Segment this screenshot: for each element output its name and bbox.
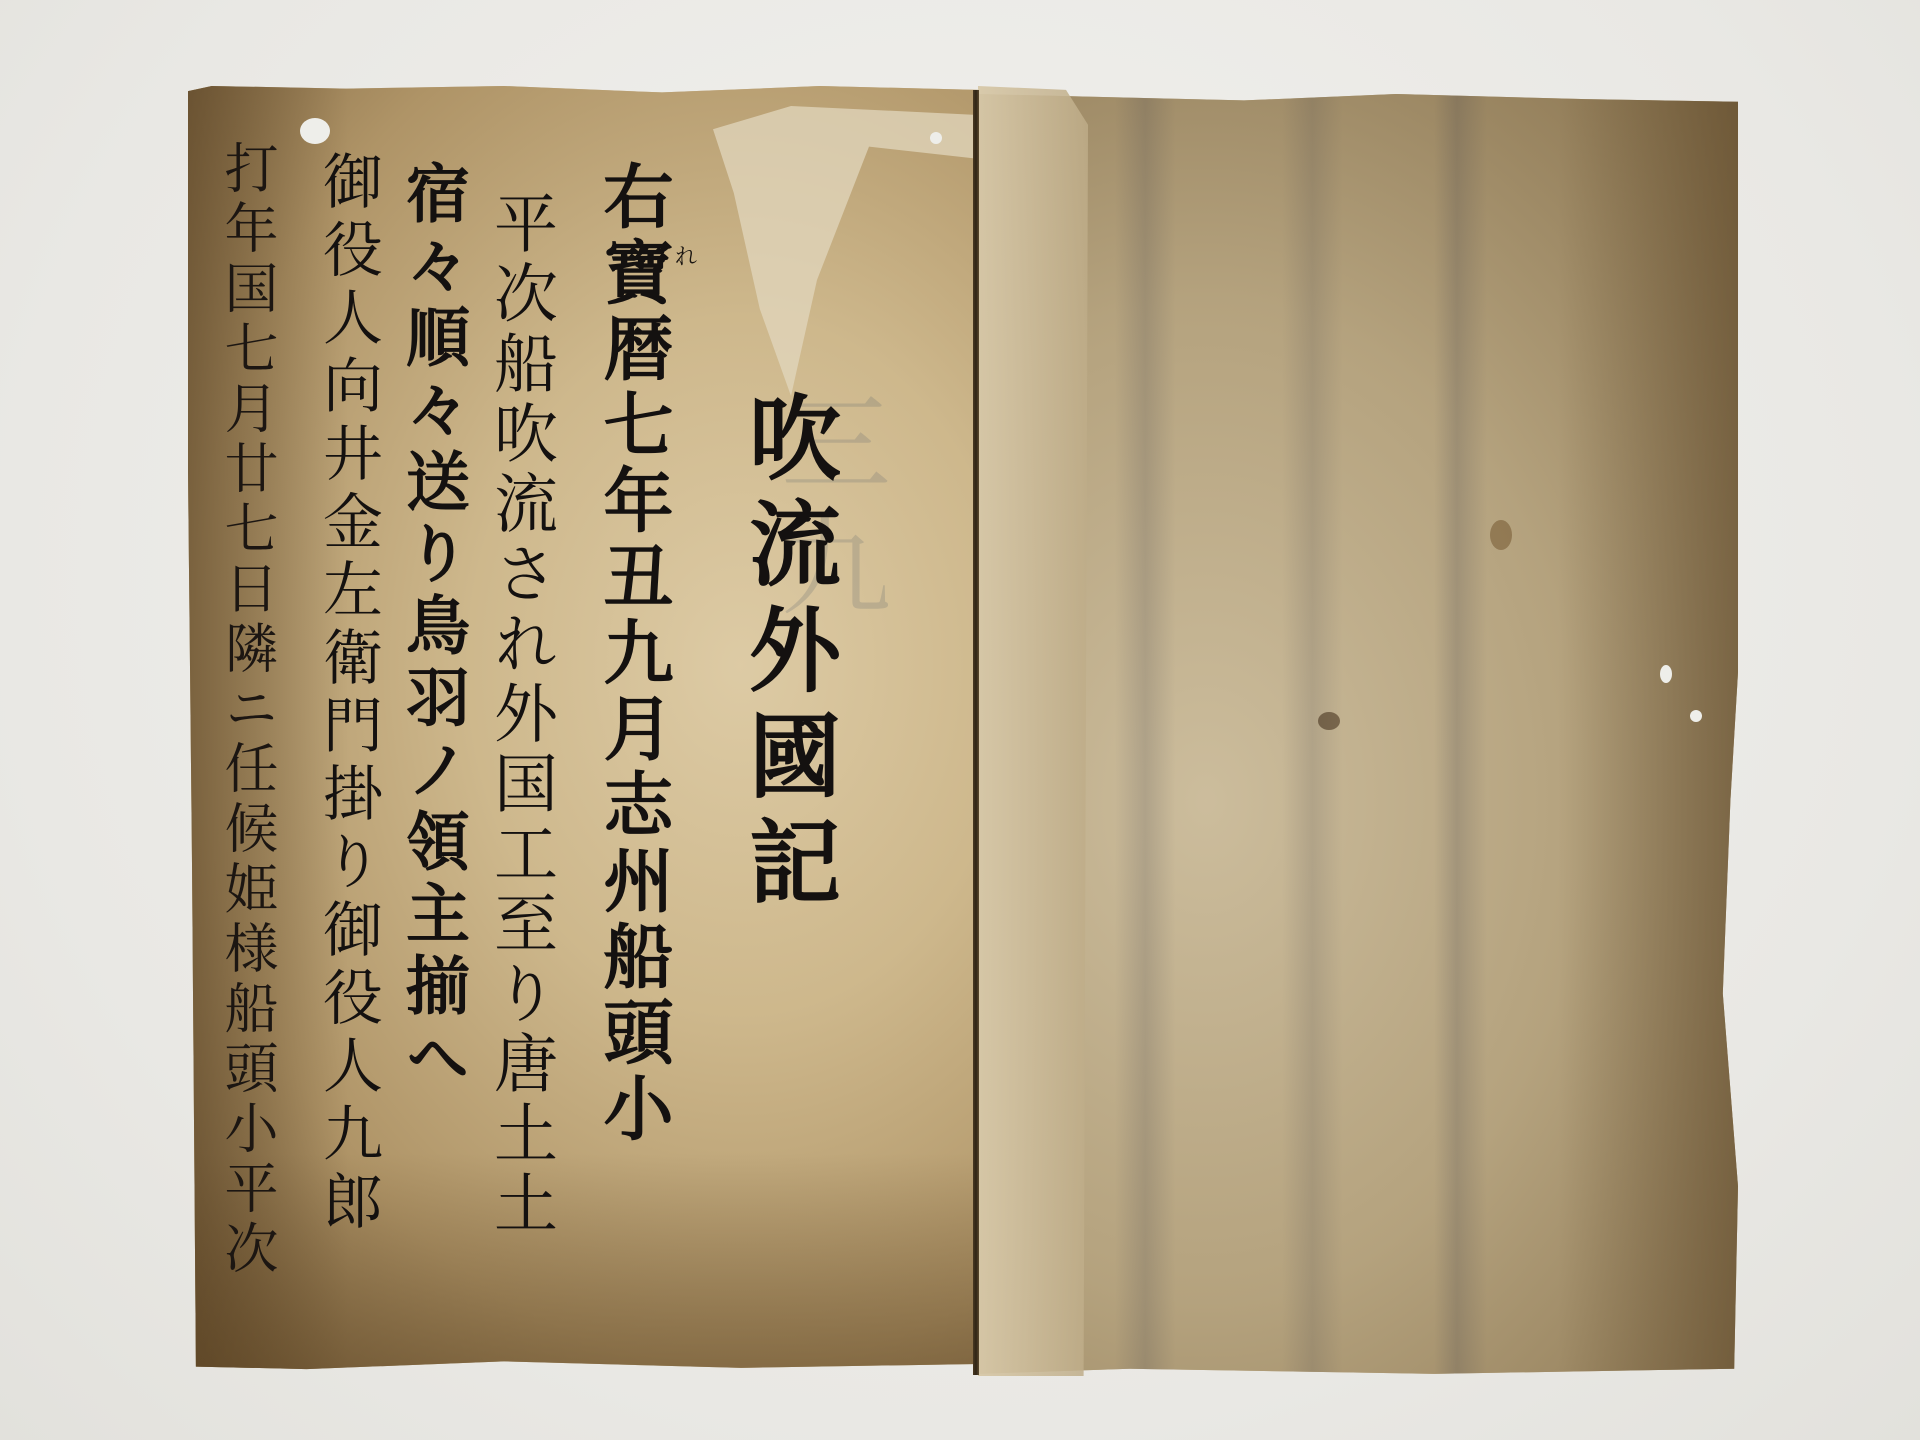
left-page: 三九 (188, 86, 978, 1373)
paper-damage-hole (930, 132, 942, 144)
folded-flap (978, 86, 1088, 1376)
text-column-2: 右寶暦七年丑九月志州船頭小 (598, 160, 668, 1148)
ruby-annotation: れ (675, 240, 697, 271)
paper-repair-patch (713, 106, 973, 396)
paper-damage-hole (1660, 665, 1672, 683)
text-column-4: 宿々順々送り鳥羽ノ領主揃へ (400, 160, 464, 1096)
book-spine (973, 90, 979, 1375)
water-stain (1490, 520, 1512, 550)
paper-damage-hole (1690, 710, 1702, 722)
document-title: 吹流外國記 (742, 390, 834, 920)
ink-stain (1318, 712, 1340, 730)
paper-damage-hole (300, 118, 330, 144)
text-column-3: 平次船吹流され外国工至り唐土土 (488, 190, 552, 1240)
right-page (978, 94, 1738, 1379)
text-column-5: 御役人向井金左衛門掛り御役人九郎 (318, 150, 378, 1238)
text-column-1: 打年国七月廿七日隣ニ任候姫様船頭小平次 (220, 140, 274, 1280)
